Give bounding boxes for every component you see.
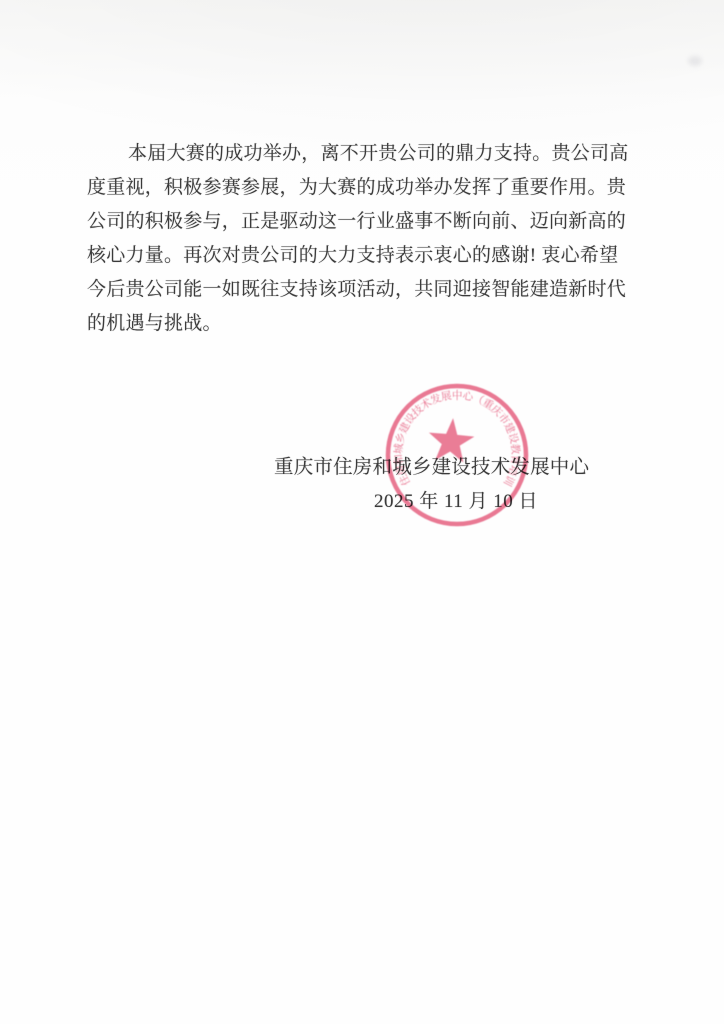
paragraph-line: 本届大赛的成功举办，离不开贵公司的鼎力支持。贵公司高 [87, 137, 639, 171]
paragraph-line: 核心力量。再次对贵公司的大力支持表示衷心的感谢! 衷心希望 [87, 239, 639, 273]
paragraph-line: 今后贵公司能一如既往支持该项活动，共同迎接智能建造新时代 [87, 273, 639, 307]
official-seal-stamp: 重庆市住房和城乡建设技术发展中心（重庆市建设教育培训中心） [376, 374, 538, 536]
scanned-letter-page: 本届大赛的成功举办，离不开贵公司的鼎力支持。贵公司高 度重视，积极参赛参展，为大… [0, 0, 724, 1024]
scan-smudge [688, 56, 702, 66]
paragraph-line: 度重视，积极参赛参展，为大赛的成功举办发挥了重要作用。贵 [87, 171, 639, 205]
seal-star-icon [427, 416, 476, 463]
paragraph-line: 的机遇与挑战。 [87, 307, 639, 341]
letter-body-paragraph: 本届大赛的成功举办，离不开贵公司的鼎力支持。贵公司高 度重视，积极参赛参展，为大… [87, 137, 639, 341]
paragraph-line: 公司的积极参与，正是驱动这一行业盛事不断向前、迈向新高的 [87, 205, 639, 239]
